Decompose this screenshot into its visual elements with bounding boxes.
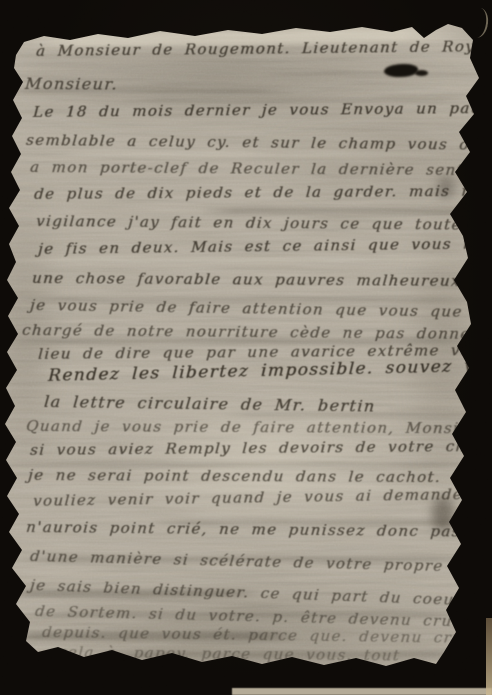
ink-smudge: [438, 176, 454, 198]
letter-line: Le 18 du mois dernier je vous Envoya un …: [33, 101, 492, 120]
letter-line: Monsieur.: [24, 76, 118, 93]
letter-text: à Monsieur de Rougemont. Lieutenant de R…: [0, 0, 492, 695]
cloth-letter: à Monsieur de Rougemont. Lieutenant de R…: [0, 0, 492, 695]
letter-line: la lettre circulaire de Mr. bertin: [43, 394, 376, 415]
letter-line: je vous prie de faire attention que vous…: [29, 298, 492, 321]
photograph: à Monsieur de Rougemont. Lieutenant de R…: [0, 0, 492, 695]
letter-line: Quand je vous prie de faire attention, M…: [25, 419, 492, 437]
letter-line: n'aurois point crié, ne me punissez donc…: [25, 520, 492, 541]
ink-blot-small: [415, 70, 428, 76]
letter-line: si vous aviez Remply les devoirs de votr…: [30, 438, 492, 458]
ink-smudge: [432, 497, 454, 531]
letter-line: a mon porte-clef de Reculer la dernière …: [29, 160, 492, 178]
photo-edge-highlight: [232, 688, 492, 695]
letter-line: de plus de dix pieds et de la garder. ma…: [34, 183, 492, 202]
letter-line: cela à. papey. parce que vous. tout: [57, 645, 400, 664]
letter-line: vigilance j'ay fait en dix jours ce que …: [35, 214, 492, 233]
letter-line: à Monsieur de Rougemont. Lieutenant de R…: [36, 39, 476, 59]
letter-line: vouliez venir voir quand je vous ai dema…: [33, 486, 492, 509]
photo-edge-highlight-right: [486, 618, 492, 695]
letter-line: je fis en deux. Mais est ce ainsi que vo…: [38, 236, 492, 257]
letter-line: je ne serai point descendu dans le cacho…: [27, 468, 492, 486]
letter-line: une chose favorable aux pauvres malheure…: [31, 271, 461, 289]
letter-line: chargé de notre nourriture cède ne pas d…: [21, 323, 479, 342]
thread-mark: [470, 7, 490, 39]
letter-line: semblable a celuy cy. et sur le champ vo…: [25, 133, 492, 154]
letter-line: d'une manière si scélérate de votre prop…: [29, 549, 492, 575]
